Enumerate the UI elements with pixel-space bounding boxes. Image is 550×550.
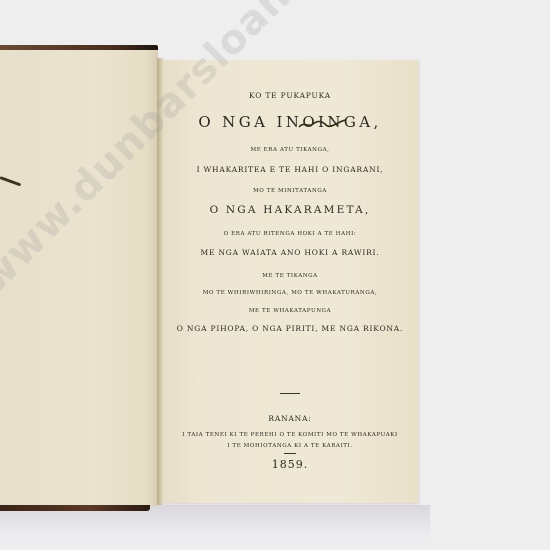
title-line-3: ME ERA ATU TIKANGA,: [162, 147, 418, 153]
divider-rule-small: [284, 453, 296, 454]
handwritten-correction-mark: [298, 119, 346, 129]
title-line-10: MO TE WHIRIWHIRINGA, MO TE WHAKATURANGA,: [162, 290, 418, 296]
imprint-year: 1859.: [162, 458, 418, 471]
imprint-line-1: I TAIA TENEI KI TE PEREHI O TE KOMITI MO…: [162, 432, 418, 438]
main-title: O NGA INOINGA,: [162, 113, 418, 131]
title-line-4: I WHAKARITEA E TE HAHI O INGARANI,: [162, 165, 418, 174]
title-line-9: ME TE TIKANGA: [162, 273, 418, 279]
imprint-line-2: I TE MOHIOTANGA KI A TE KARAITI.: [162, 443, 418, 449]
title-line-5: MO TE MINITATANGA: [162, 188, 418, 194]
title-line-12: O NGA PIHOPA, O NGA PIRITI, ME NGA RIKON…: [162, 324, 418, 333]
title-line-6: O NGA HAKARAMETA,: [162, 204, 418, 216]
title-line-11: ME TE WHAKATAPUNGA: [162, 308, 418, 314]
title-line-7: O ERA ATU RITENGA HOKI A TE HAHI:: [162, 231, 418, 237]
book-photo: KO TE PUKAPUKA O NGA INOINGA, ME ERA ATU…: [0, 0, 550, 550]
cover-edge-bottom: [0, 505, 150, 511]
table-shadow: [0, 505, 430, 550]
imprint-place: RANANA:: [162, 414, 418, 423]
title-line-8: ME NGA WAIATA ANO HOKI A RAWIRI.: [162, 248, 418, 257]
ink-mark: [0, 176, 21, 186]
divider-rule: [280, 393, 300, 394]
